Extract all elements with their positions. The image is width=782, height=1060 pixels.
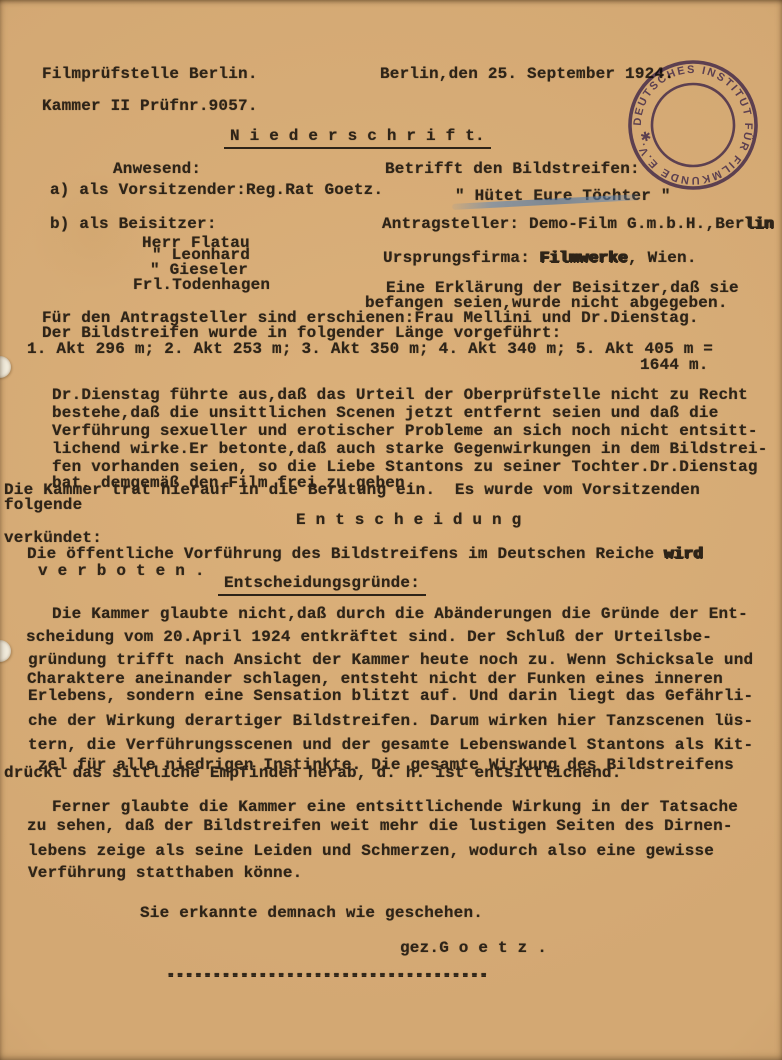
stamp-star-icon: ✱	[639, 129, 653, 146]
doc-title: N i e d e r s c h r i f t.	[224, 128, 491, 149]
plea-line: lichend wirke.Er betonte,daß auch starke…	[52, 441, 768, 458]
grounds-line: Charaktere aneinander schlagen, entsteht…	[27, 671, 723, 688]
grounds-line: Erlebens, sondern eine Sensation blitzt …	[28, 688, 753, 705]
stamp-inner-ring	[644, 76, 741, 173]
total-length: 1644 m.	[640, 357, 709, 374]
letterhead-office: Filmprüfstelle Berlin.	[42, 66, 258, 83]
grounds-line: tern, die Verführungsscenen und der gesa…	[28, 737, 753, 754]
punch-hole	[0, 356, 11, 378]
plea-line: bestehe,daß die unsittlichen Scenen jetz…	[52, 405, 719, 422]
grounds-heading: Entscheidungsgründe:	[218, 575, 426, 596]
applicant-bold: lin	[745, 215, 774, 233]
signature: gez.G o e t z .	[400, 940, 547, 957]
grounds-line: che der Wirkung derartiger Bildstreifen.…	[28, 713, 753, 730]
grounds-line: lebens zeige als seine Leiden und Schmer…	[28, 843, 714, 860]
punch-hole	[0, 640, 11, 662]
document-page: Filmprüfstelle Berlin. Berlin,den 25. Se…	[0, 0, 782, 1060]
subject-label: Betrifft den Bildstreifen:	[385, 161, 640, 178]
plea-line: Verführung sexueller und erotischer Prob…	[52, 423, 758, 440]
origin-suffix: , Wien.	[628, 249, 697, 267]
origin-line: Ursprungsfirma: Filmwerke, Wien.	[383, 250, 697, 267]
chair-line: a) als Vorsitzender:Reg.Rat Goetz.	[50, 182, 383, 199]
stamp-text: DEUTSCHES INSTITUT FÜR FILMKUNDE E.V.	[621, 53, 765, 198]
grounds-line: zu sehen, daß der Bildstreifen weit mehr…	[27, 818, 733, 835]
institute-stamp-icon: DEUTSCHES INSTITUT FÜR FILMKUNDE E.V. ✱	[609, 41, 777, 209]
grounds-line: Die Kammer glaubte nicht,daß durch die A…	[52, 606, 748, 623]
decision-line-prefix: Die öffentliche Vorführung des Bildstrei…	[27, 545, 664, 563]
assessors-label: b) als Beisitzer:	[50, 216, 217, 233]
grounds-line: scheidung vom 20.April 1924 entkräftet s…	[26, 629, 712, 646]
origin-bold: Filmwerke	[540, 249, 628, 267]
decision-heading: E n t s c h e i d u n g	[296, 512, 521, 529]
closing-line: Sie erkannte demnach wie geschehen.	[140, 905, 483, 922]
deliberation-line: folgende	[4, 497, 82, 514]
applicant-line: Antragsteller: Demo-Film G.m.b.H.,Berlin	[382, 216, 774, 233]
decision-line: Die öffentliche Vorführung des Bildstrei…	[27, 546, 703, 563]
assessor-name: Frl.Todenhagen	[133, 277, 270, 294]
origin-prefix: Ursprungsfirma:	[383, 249, 540, 267]
decision-line-bold: wird	[664, 545, 703, 563]
applicant-prefix: Antragsteller: Demo-Film G.m.b.H.,Ber	[382, 215, 745, 233]
attendees-label: Anwesend:	[113, 161, 201, 178]
grounds-line: drückt das sittliche Empfinden herab, d.…	[4, 765, 622, 782]
case-number: Kammer II Prüfnr.9057.	[42, 98, 258, 115]
grounds-line: Verführung statthaben könne.	[28, 865, 302, 882]
verboten-line: v e r b o t e n .	[38, 563, 205, 580]
deliberation-line: Die Kammer trat hierauf in die Beratung …	[4, 482, 700, 499]
stamp-svg: DEUTSCHES INSTITUT FÜR FILMKUNDE E.V. ✱	[609, 41, 777, 209]
grounds-line: Ferner glaubte die Kammer eine entsittli…	[52, 799, 738, 816]
plea-line: Dr.Dienstag führte aus,daß das Urteil de…	[52, 387, 748, 404]
divider-dashes: -----------------------------------	[166, 966, 488, 983]
grounds-line: gründung trifft nach Ansicht der Kammer …	[28, 652, 753, 669]
act-lengths-line: 1. Akt 296 m; 2. Akt 253 m; 3. Akt 350 m…	[27, 341, 713, 358]
